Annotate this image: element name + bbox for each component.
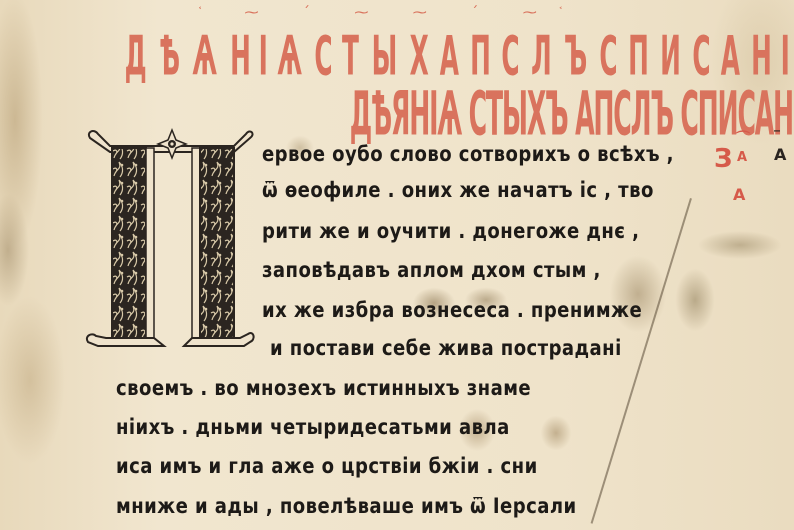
body-line-4: заповѣдавъ аплом дхом стым , xyxy=(262,258,601,282)
body-line-10: мниже и ады , повелѣваше имъ ѿ Іерсали xyxy=(116,494,577,518)
folio-red-numeral-a2: А xyxy=(733,185,745,204)
folio-red-titlo: ⌒ xyxy=(736,128,750,148)
body-line-6: и постави себе жива пострадані xyxy=(270,336,622,360)
folio-black-titlo: ‾ xyxy=(774,129,780,143)
ornamental-initial-p xyxy=(84,124,256,350)
body-line-7: своемъ . во мнозехъ истинныхъ знаме xyxy=(116,376,531,400)
body-line-8: ніихъ . дньми четыридесатьми авла xyxy=(116,415,510,439)
body-line-9: иса имъ и гла аже о црствіи бжіи . сни xyxy=(116,454,538,478)
folio-black-numeral: А xyxy=(774,145,786,164)
body-line-1: ервое оубо слово сотворихъ о всѣхъ , xyxy=(262,142,674,166)
body-line-5: их же избра вознесеса . пренимже xyxy=(262,298,642,322)
title-row-2-text: ДѢЯНІѦ СТЫХЪ АПСЛЪ СПИСАНІА СТЫМЪ ЛУКОЮ xyxy=(350,78,794,149)
folio-red-numeral-a1: А xyxy=(737,150,747,165)
body-line-3: рити же и оучити . донегоже днє , xyxy=(262,219,639,243)
folio-red-numeral-z: З xyxy=(714,144,732,174)
initial-p-icon xyxy=(84,124,256,350)
body-line-2: ѿ ѳеофиле . оних же начатъ іс , тво xyxy=(262,178,654,202)
